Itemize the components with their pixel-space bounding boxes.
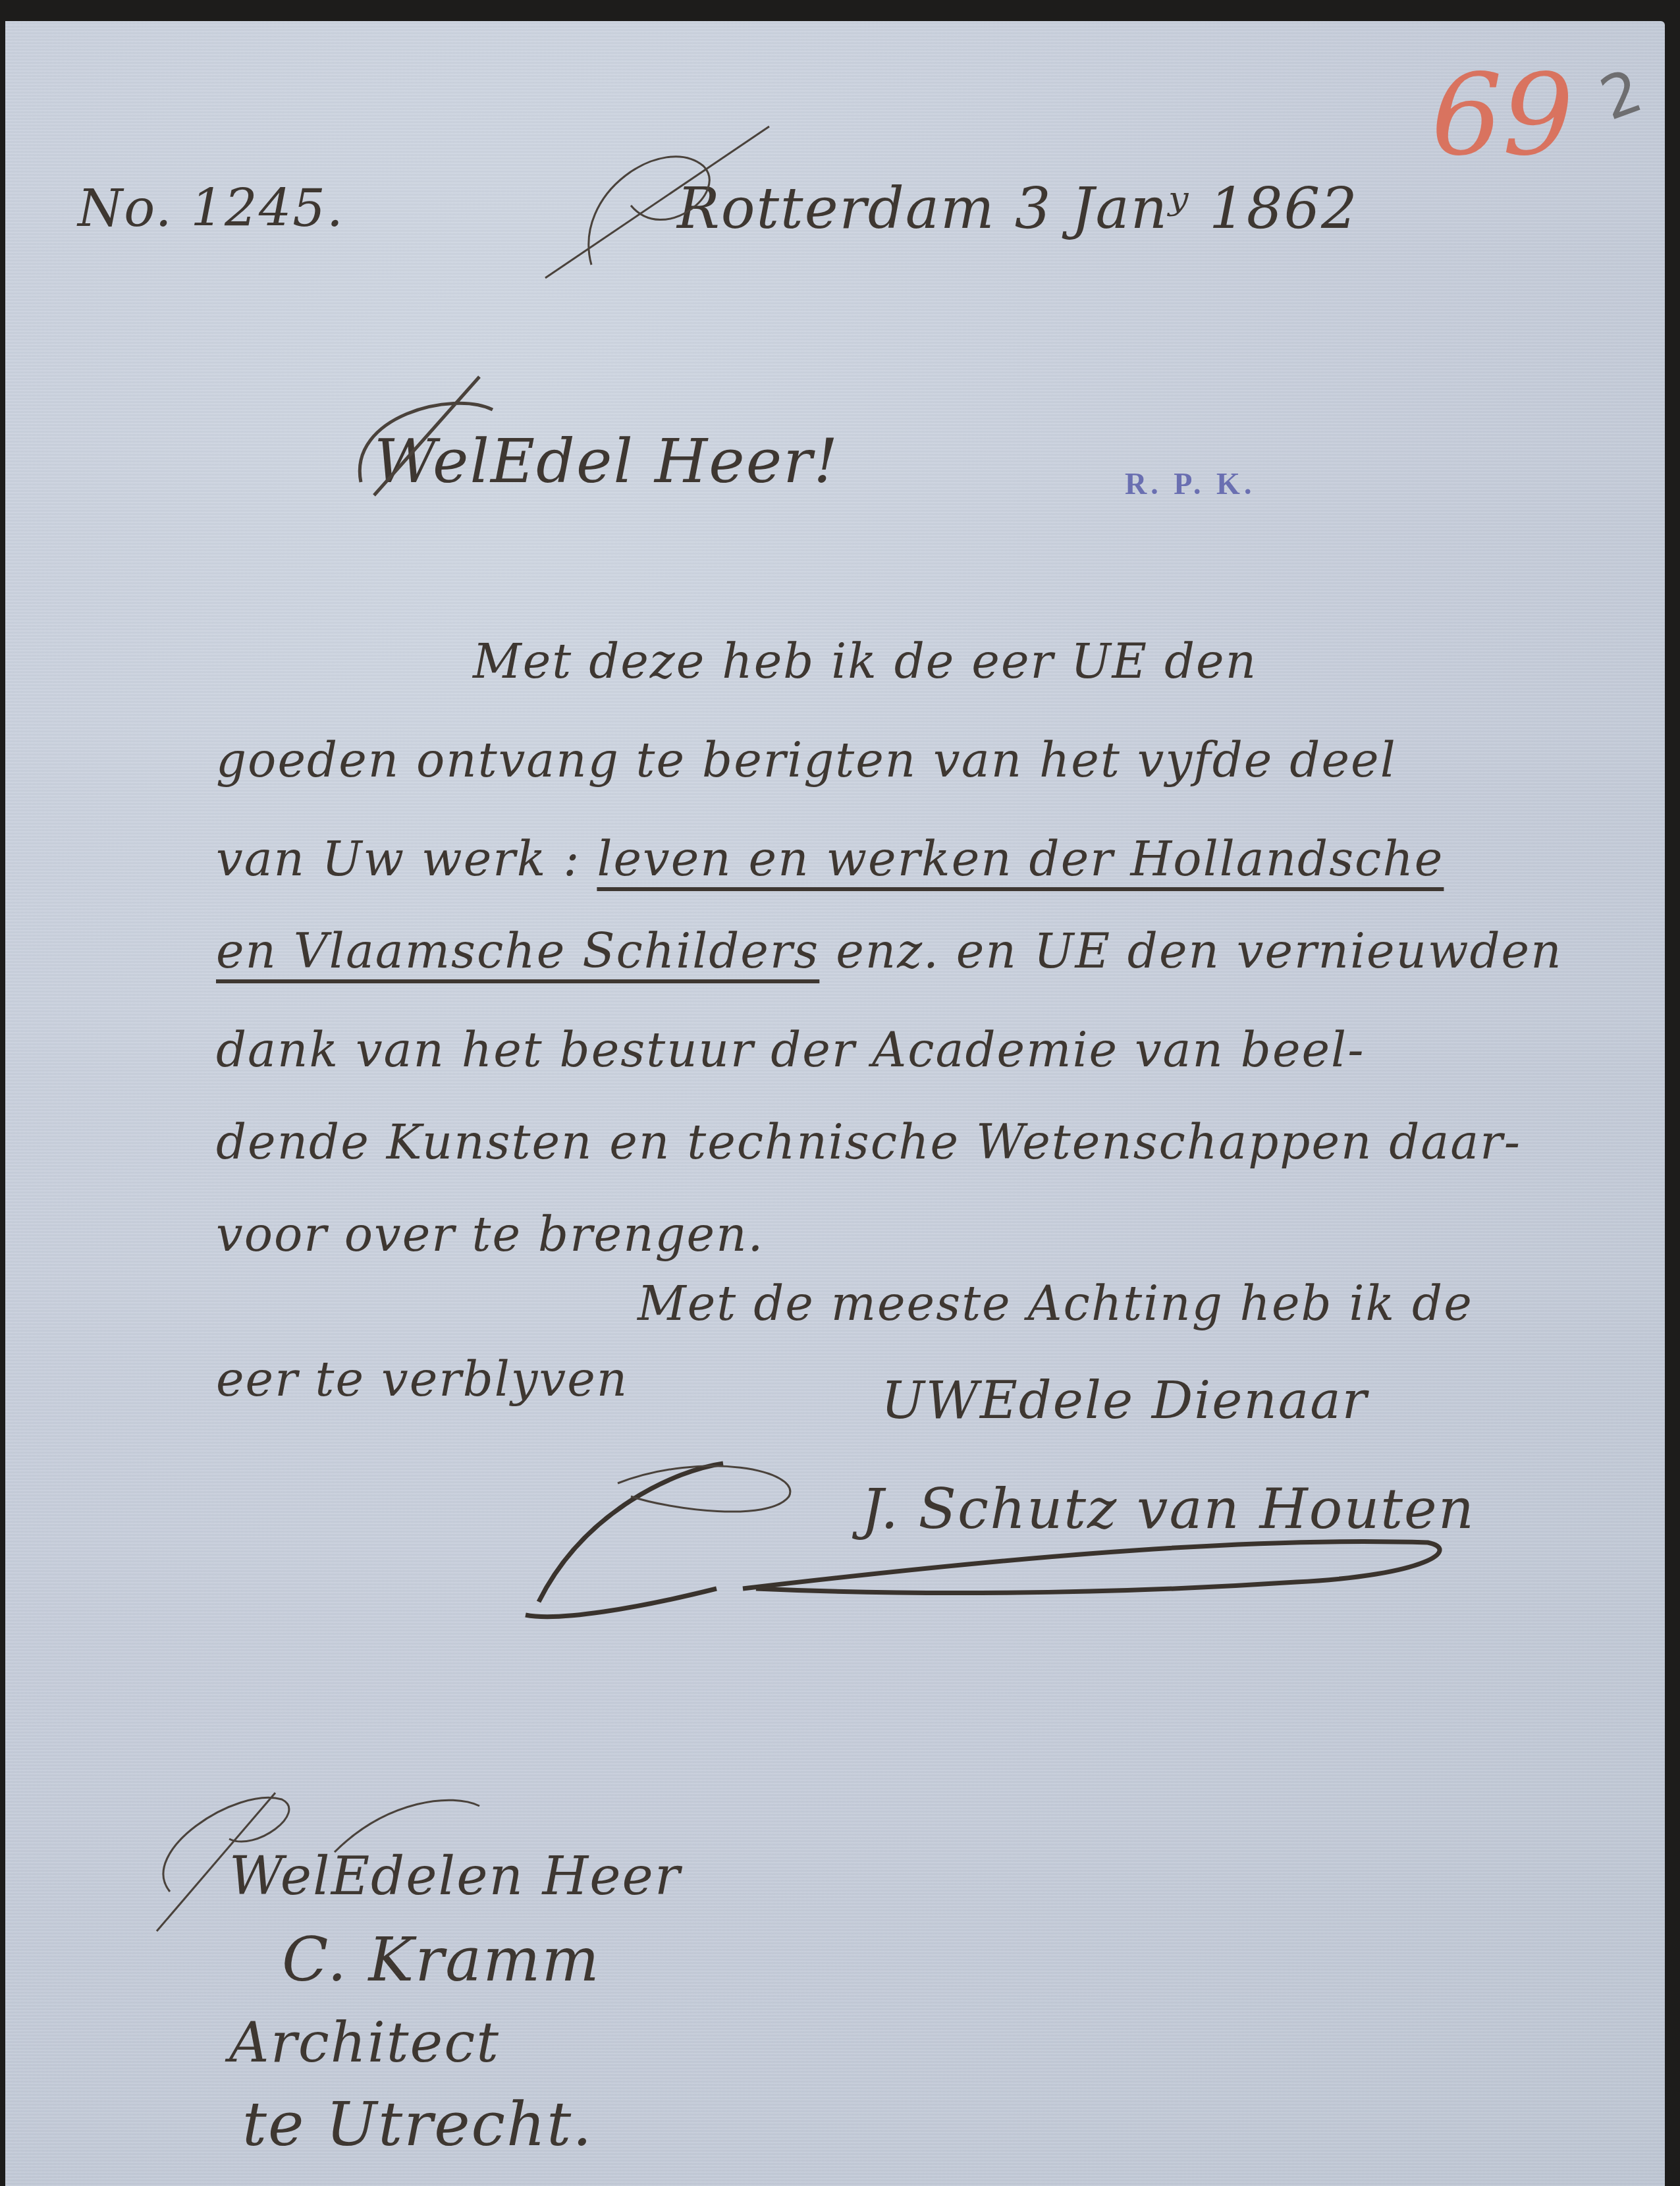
body-line-5: dank van het bestuur der Academie van be… xyxy=(216,1022,1365,1078)
servant-line: UWEdele Dienaar xyxy=(881,1371,1368,1431)
body-line-2: goeden ontvang te berigten van het vyfde… xyxy=(216,732,1397,788)
body-line-6: dende Kunsten en technische Wetenschappe… xyxy=(216,1114,1521,1170)
address-flourish xyxy=(137,1773,664,1944)
book-title-part-1: leven en werken der Hollandsche xyxy=(597,831,1444,887)
body-line-3: van Uw werk : leven en werken der Hollan… xyxy=(216,831,1444,887)
body-line-4-plain: enz. en UE den vernieuwden xyxy=(819,923,1562,979)
date-flourish xyxy=(532,113,796,291)
address-line-4: te Utrecht. xyxy=(242,2089,593,2160)
body-line-3-plain: van Uw werk : xyxy=(216,831,597,887)
closing-line-1: Met de meeste Achting heb ik de xyxy=(637,1276,1473,1331)
folio-number-red: 69 xyxy=(1431,51,1573,181)
body-line-1: Met deze heb ik de eer UE den xyxy=(473,634,1257,689)
salutation-flourish xyxy=(348,364,519,522)
closing-line-2: eer te verblyven xyxy=(216,1352,628,1407)
book-title-part-2: en Vlaamsche Schilders xyxy=(216,923,819,979)
body-line-4: en Vlaamsche Schilders enz. en UE den ve… xyxy=(216,923,1563,979)
archive-stamp: R. P. K. xyxy=(1125,466,1255,501)
body-line-7: voor over te brengen. xyxy=(216,1207,765,1262)
letter-number: No. 1245. xyxy=(78,179,344,238)
address-line-3: Architect xyxy=(229,2010,500,2075)
signature-flourish xyxy=(506,1457,1461,1628)
letter-sheet: 69 2 No. 1245. Rotterdam 3 Janʸ 1862 Wel… xyxy=(5,21,1665,2186)
folio-suffix-pencil: 2 xyxy=(1592,56,1651,134)
